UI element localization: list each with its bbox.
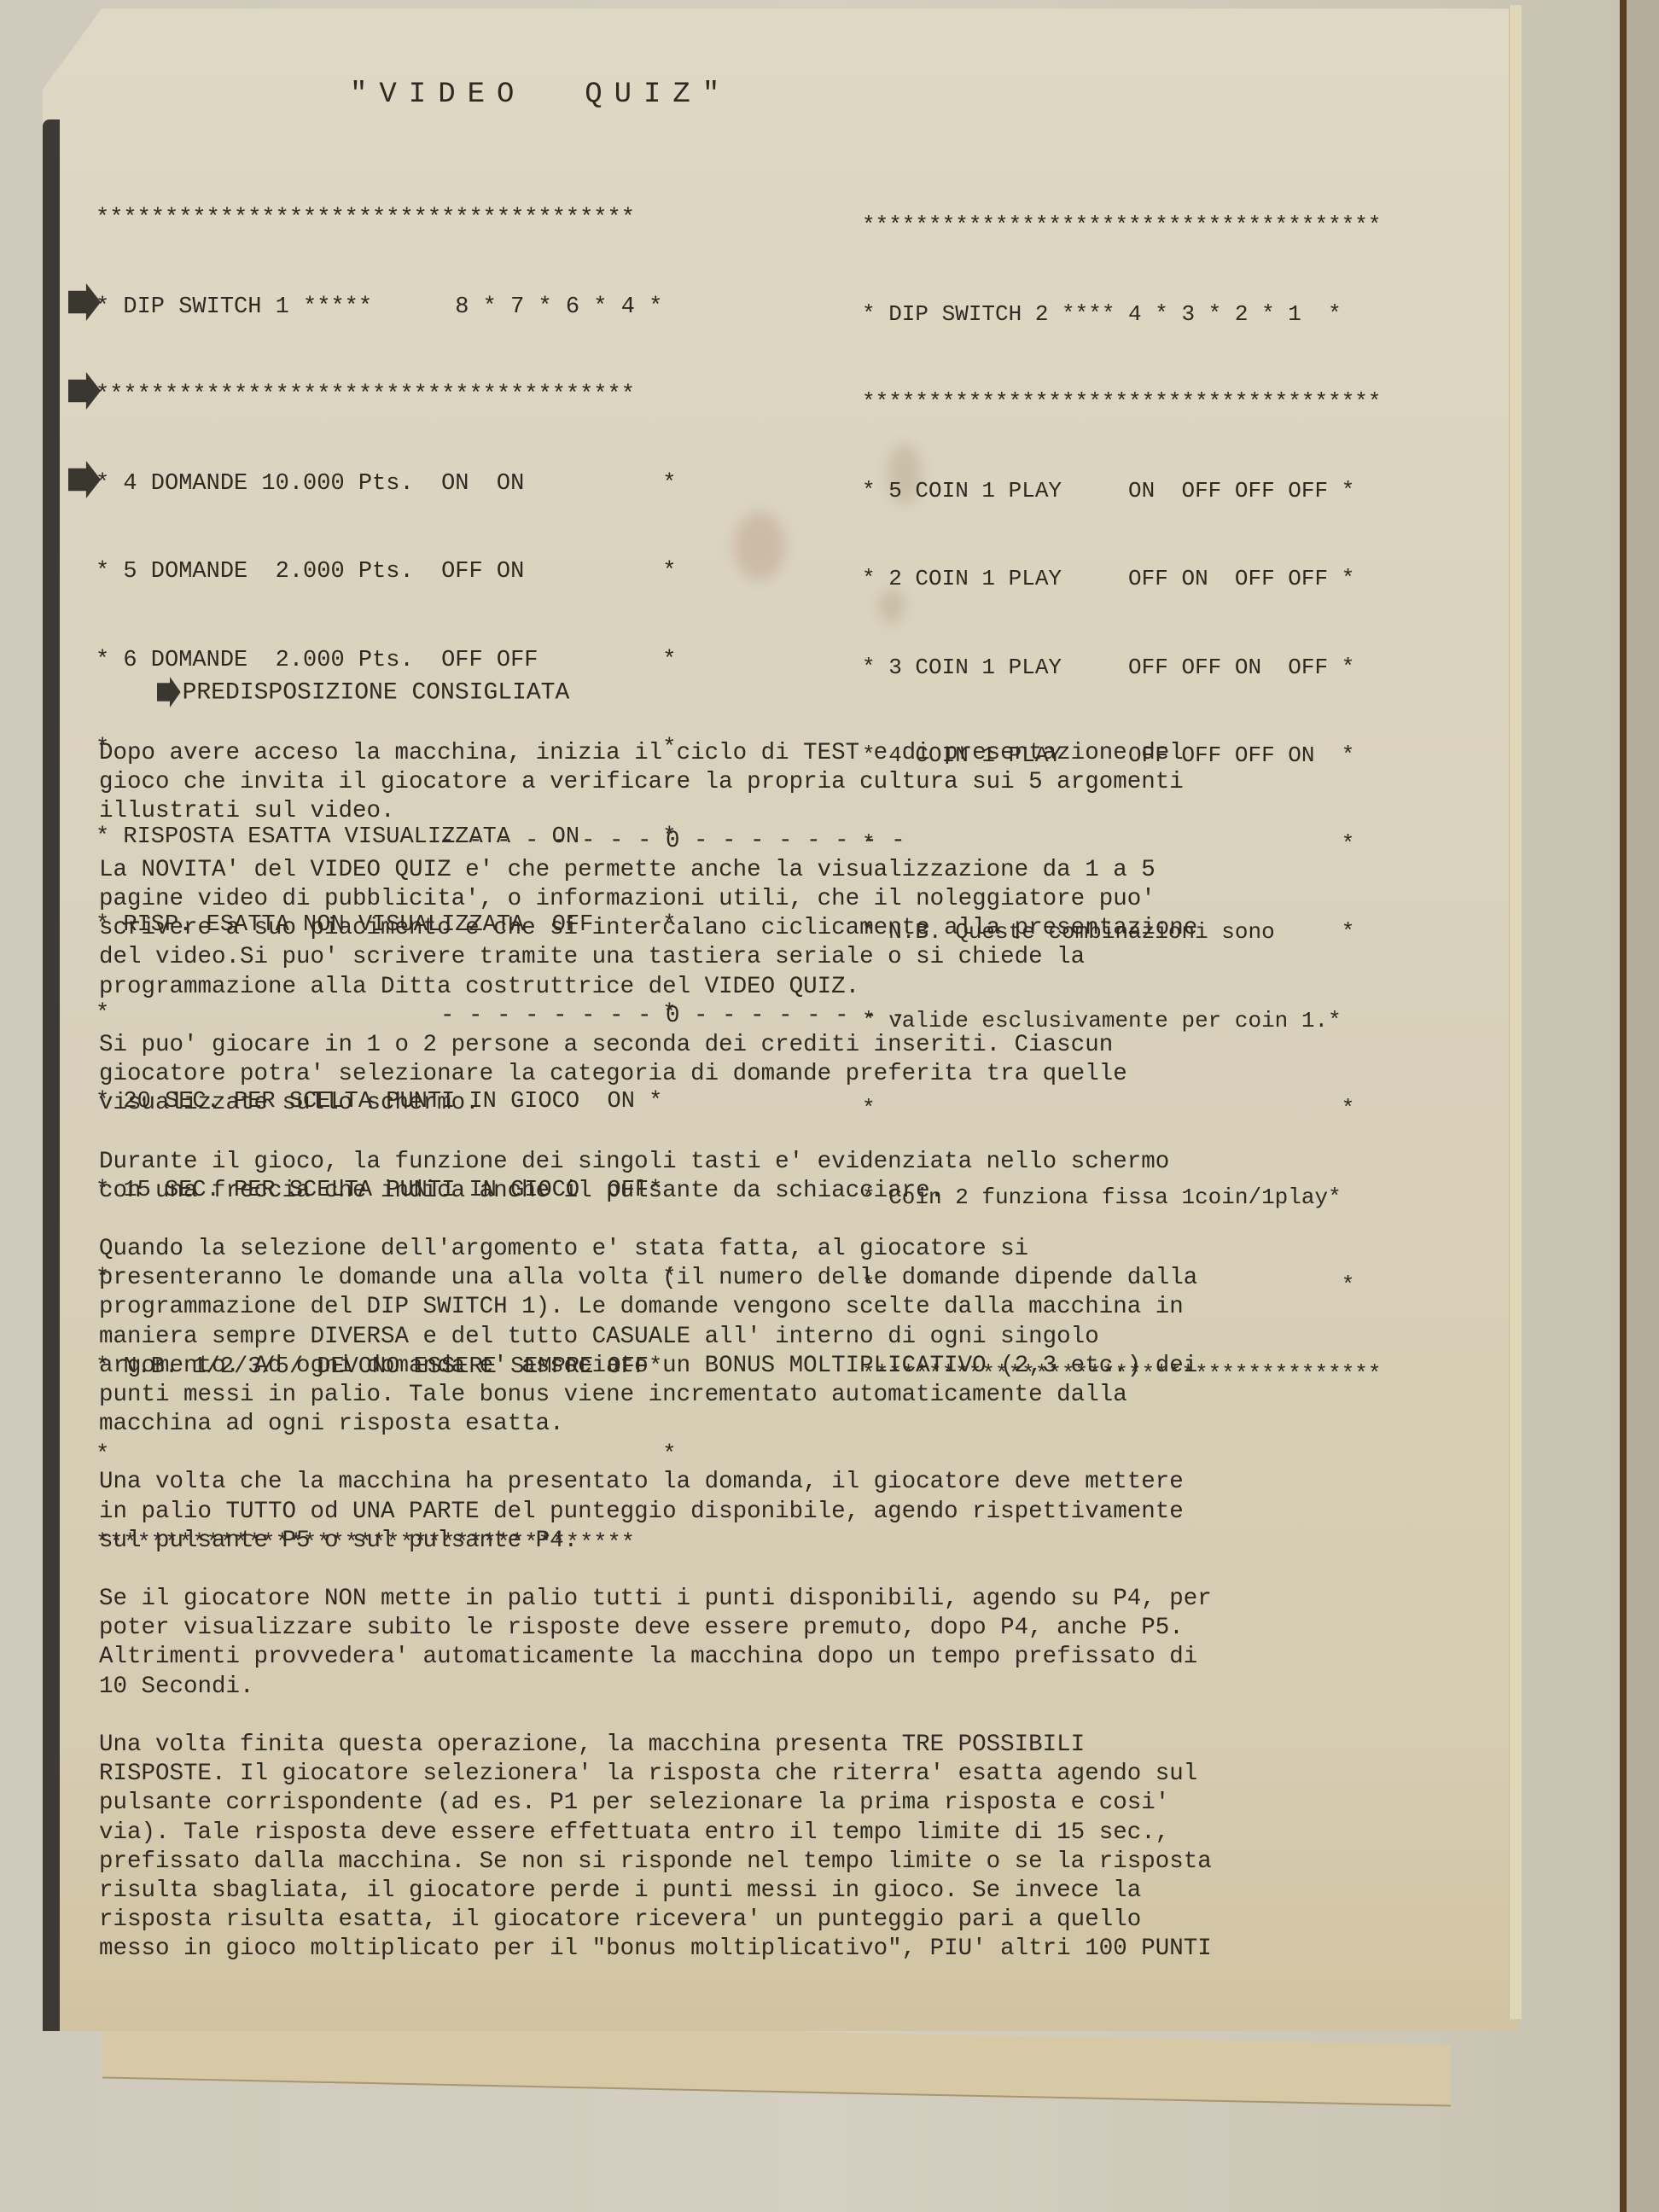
stain: [734, 512, 785, 580]
table-row: * 5 COIN 1 PLAY ON OFF OFF OFF *: [862, 476, 1382, 506]
paragraph: Quando la selezione dell'argomento e' st…: [99, 1235, 1499, 1439]
page-edge-strip: [1509, 5, 1522, 2019]
instructions-body: Dopo avere acceso la macchina, inizia il…: [99, 739, 1499, 1994]
paragraph: Si puo' giocare in 1 o 2 persone a secon…: [99, 1031, 1499, 1119]
table-row: * 5 DOMANDE 2.000 Pts. OFF ON *: [96, 557, 677, 587]
dip-switch-1-header: * DIP SWITCH 1 ***** 8 * 7 * 6 * 4 *: [96, 293, 677, 323]
paragraph: Una volta che la macchina ha presentato …: [99, 1468, 1499, 1556]
paragraph: Se il giocatore NON mette in palio tutti…: [99, 1585, 1499, 1702]
box-border: ***************************************: [96, 381, 677, 410]
frame-edge: [1620, 0, 1627, 2212]
box-border: ***************************************: [862, 387, 1382, 417]
paragraph: Dopo avere acceso la macchina, inizia il…: [99, 739, 1499, 827]
marker-arrow-icon: [157, 677, 181, 707]
dip-switch-2-header: * DIP SWITCH 2 **** 4 * 3 * 2 * 1 *: [862, 300, 1382, 329]
box-border: ***************************************: [862, 211, 1382, 241]
separator: - - - - - - - - 0 - - - - - - - -: [99, 827, 1499, 856]
paragraph: La NOVITA' del VIDEO QUIZ e' che permett…: [99, 856, 1499, 1002]
frame-side: [1627, 0, 1659, 2212]
table-row: * 3 COIN 1 PLAY OFF OFF ON OFF *: [862, 653, 1382, 683]
paragraph: Durante il gioco, la funzione dei singol…: [99, 1148, 1499, 1206]
table-row: * 4 DOMANDE 10.000 Pts. ON ON *: [96, 469, 677, 499]
paragraph: Una volta finita questa operazione, la m…: [99, 1731, 1499, 1965]
document-title: "VIDEO QUIZ": [350, 79, 731, 111]
heading-text: PREDISPOSIZIONE CONSIGLIATA: [183, 679, 570, 706]
table-row: * 2 COIN 1 PLAY OFF ON OFF OFF *: [862, 564, 1382, 594]
binding-strip: [43, 119, 60, 2031]
separator: - - - - - - - - 0 - - - - - - - -: [99, 1002, 1499, 1031]
box-border: ***************************************: [96, 204, 677, 234]
recommended-settings-heading: PREDISPOSIZIONE CONSIGLIATA: [128, 650, 569, 707]
